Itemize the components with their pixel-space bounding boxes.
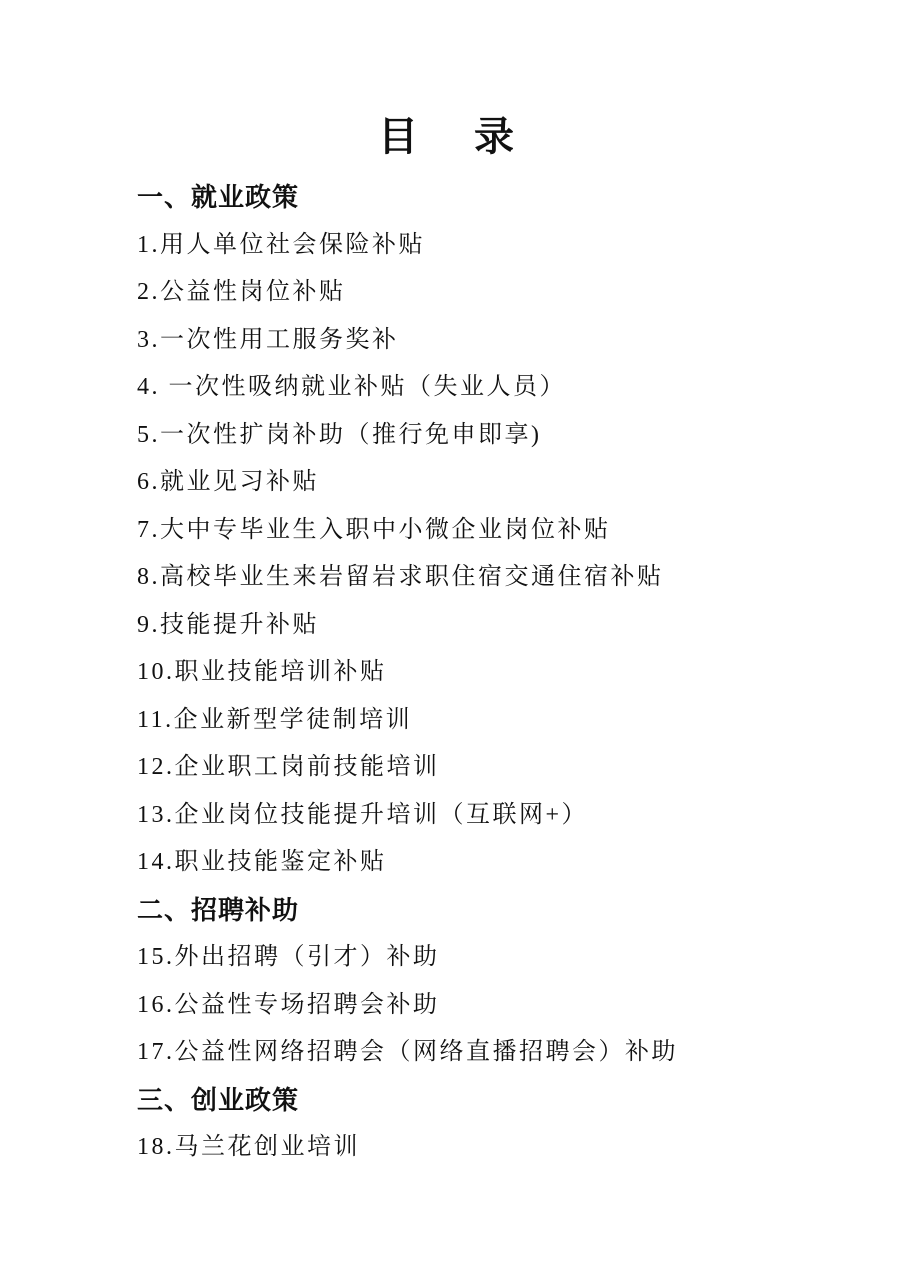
toc-item: 4. 一次性吸纳就业补贴（失业人员） [137,364,840,412]
page-title: 目 录 [0,0,900,160]
toc-section-heading: 三、创业政策 [137,1077,840,1125]
toc-item: 8.高校毕业生来岩留岩求职住宿交通住宿补贴 [137,554,840,602]
toc-item: 15.外出招聘（引才）补助 [137,934,840,982]
toc-item: 6.就业见习补贴 [137,459,840,507]
toc-section-heading: 一、就业政策 [137,174,840,222]
toc-item: 9.技能提升补贴 [137,602,840,650]
toc-section-heading: 二、招聘补助 [137,887,840,935]
toc-item: 12.企业职工岗前技能培训 [137,744,840,792]
toc-item: 5.一次性扩岗补助（推行免申即享) [137,412,840,460]
toc-item: 16.公益性专场招聘会补助 [137,982,840,1030]
toc-item: 1.用人单位社会保险补贴 [137,222,840,270]
table-of-contents: 一、就业政策 1.用人单位社会保险补贴 2.公益性岗位补贴 3.一次性用工服务奖… [0,174,900,1172]
toc-item: 13.企业岗位技能提升培训（互联网+） [137,792,840,840]
toc-item: 14.职业技能鉴定补贴 [137,839,840,887]
toc-item: 18.马兰花创业培训 [137,1124,840,1172]
document-page: 目 录 一、就业政策 1.用人单位社会保险补贴 2.公益性岗位补贴 3.一次性用… [0,0,900,1273]
toc-item: 7.大中专毕业生入职中小微企业岗位补贴 [137,507,840,555]
toc-item: 3.一次性用工服务奖补 [137,317,840,365]
toc-item: 11.企业新型学徒制培训 [137,697,840,745]
toc-item: 10.职业技能培训补贴 [137,649,840,697]
toc-item: 17.公益性网络招聘会（网络直播招聘会）补助 [137,1029,840,1077]
toc-item: 2.公益性岗位补贴 [137,269,840,317]
